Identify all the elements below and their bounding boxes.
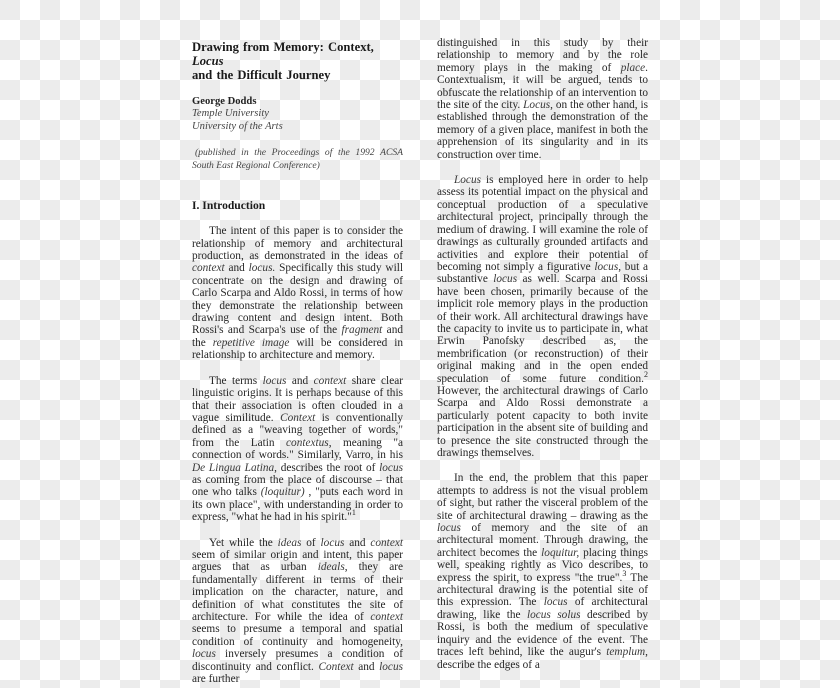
paragraph-intent: The intent of this paper is to consider … (192, 225, 403, 361)
italic-term: De Lingua Latina (192, 462, 274, 474)
italic-term: ideas (278, 537, 302, 549)
right-column: distinguished in this study by their rel… (437, 37, 648, 671)
italic-term: contextus (286, 437, 329, 449)
italic-term: repetitive image (213, 337, 290, 349)
paragraph-in-the-end: In the end, the problem that this paper … (437, 472, 648, 671)
paragraph-locus-employed: Locus is employed here in order to help … (437, 174, 648, 459)
italic-term: locus (437, 522, 461, 534)
italic-term: locus (321, 537, 345, 549)
footnote-marker: 1 (352, 508, 356, 517)
italic-term: locus (379, 661, 403, 673)
left-column: Drawing from Memory: Context, Locus and … (192, 40, 403, 685)
paragraph-continued: distinguished in this study by their rel… (437, 37, 648, 161)
title-part-1: Drawing from Memory: Context, (192, 40, 374, 54)
italic-term: ideals (318, 561, 345, 573)
italic-term: Context (318, 661, 353, 673)
italic-term: locus (379, 462, 403, 474)
paragraph-yet-while: Yet while the ideas of locus and context… (192, 537, 403, 686)
footnote-marker: 2 (644, 370, 648, 379)
paper-page: Drawing from Memory: Context, Locus and … (0, 0, 840, 688)
paper-title: Drawing from Memory: Context, Locus and … (192, 40, 403, 82)
italic-term: locus (493, 273, 517, 285)
paragraph-terms: The terms locus and context share clear … (192, 375, 403, 524)
publication-note: (published in the Proceedings of the 199… (192, 147, 403, 173)
italic-term: locus (594, 261, 618, 273)
italic-term: Locus (523, 99, 550, 111)
italic-term: locus (192, 648, 216, 660)
affiliation-1: Temple University (192, 108, 403, 120)
title-part-2: and the Difficult Journey (192, 68, 330, 82)
italic-term: context (370, 611, 403, 623)
italic-term: locus (263, 375, 287, 387)
footnote-marker: 3 (622, 569, 626, 578)
italic-term: context (314, 375, 347, 387)
italic-term: locus solus (527, 609, 581, 621)
italic-term: fragment (342, 324, 383, 336)
italic-term: Locus (454, 174, 481, 186)
italic-term: locus. (249, 262, 276, 274)
author-name: George Dodds (192, 96, 403, 108)
section-heading-introduction: I. Introduction (192, 200, 403, 212)
italic-term: context (370, 537, 403, 549)
author-block: George Dodds Temple University Universit… (192, 96, 403, 133)
italic-term: (loquitur) (261, 486, 305, 498)
affiliation-2: University of the Arts (192, 121, 403, 133)
italic-term: place (621, 62, 645, 74)
title-italic-locus: Locus (192, 54, 223, 68)
italic-term: loquitur, (541, 547, 579, 559)
italic-term: context (192, 262, 225, 274)
italic-term: Context (280, 412, 315, 424)
italic-term: templum (606, 646, 645, 658)
italic-term: locus (544, 596, 568, 608)
